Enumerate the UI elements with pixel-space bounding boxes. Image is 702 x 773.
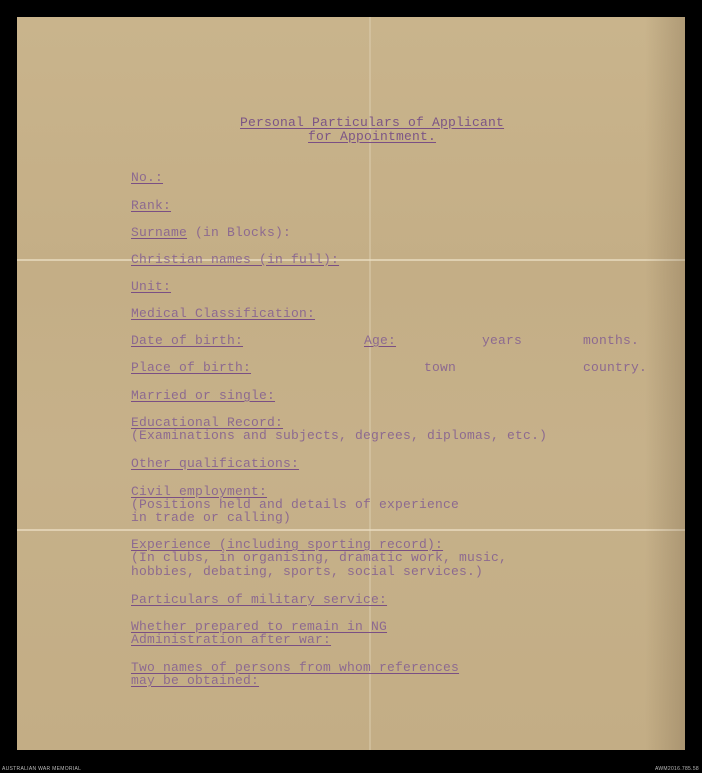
field-dob: Date of birth: [131, 333, 243, 348]
surname-label: Surname [131, 225, 187, 240]
civil-note-2: in trade or calling) [131, 510, 291, 525]
title-line-1: Personal Particulars of Applicant [240, 115, 504, 130]
field-pob: Place of birth: [131, 360, 251, 375]
surname-note: (in Blocks): [187, 225, 291, 240]
field-age: Age: [364, 333, 396, 348]
label-months: months. [583, 333, 639, 348]
field-surname: Surname (in Blocks): [131, 225, 291, 240]
fold-line [17, 529, 685, 531]
label-country: country. [583, 360, 647, 375]
field-medical: Medical Classification: [131, 306, 315, 321]
education-note: (Examinations and subjects, degrees, dip… [131, 428, 547, 443]
field-rank: Rank: [131, 198, 171, 213]
footer-accession: AWM2016.785.58 [655, 766, 699, 772]
label-years: years [482, 333, 522, 348]
field-unit: Unit: [131, 279, 171, 294]
fold-line [17, 259, 685, 261]
footer-credit: AUSTRALIAN WAR MEMORIAL [2, 766, 81, 772]
experience-note-1: (In clubs, in organising, dramatic work,… [131, 550, 507, 565]
field-references-line-2: may be obtained: [131, 673, 259, 688]
title-line-2: for Appointment. [308, 129, 436, 144]
page-shadow [645, 17, 685, 750]
label-town: town [424, 360, 456, 375]
experience-note-2: hobbies, debating, sports, social servic… [131, 564, 483, 579]
field-no: No.: [131, 170, 163, 185]
field-remain-line-2: Administration after war: [131, 632, 331, 647]
field-married: Married or single: [131, 388, 275, 403]
field-christian-names: Christian names (in full): [131, 252, 339, 267]
field-other-qualifications: Other qualifications: [131, 456, 299, 471]
field-military-service: Particulars of military service: [131, 592, 387, 607]
